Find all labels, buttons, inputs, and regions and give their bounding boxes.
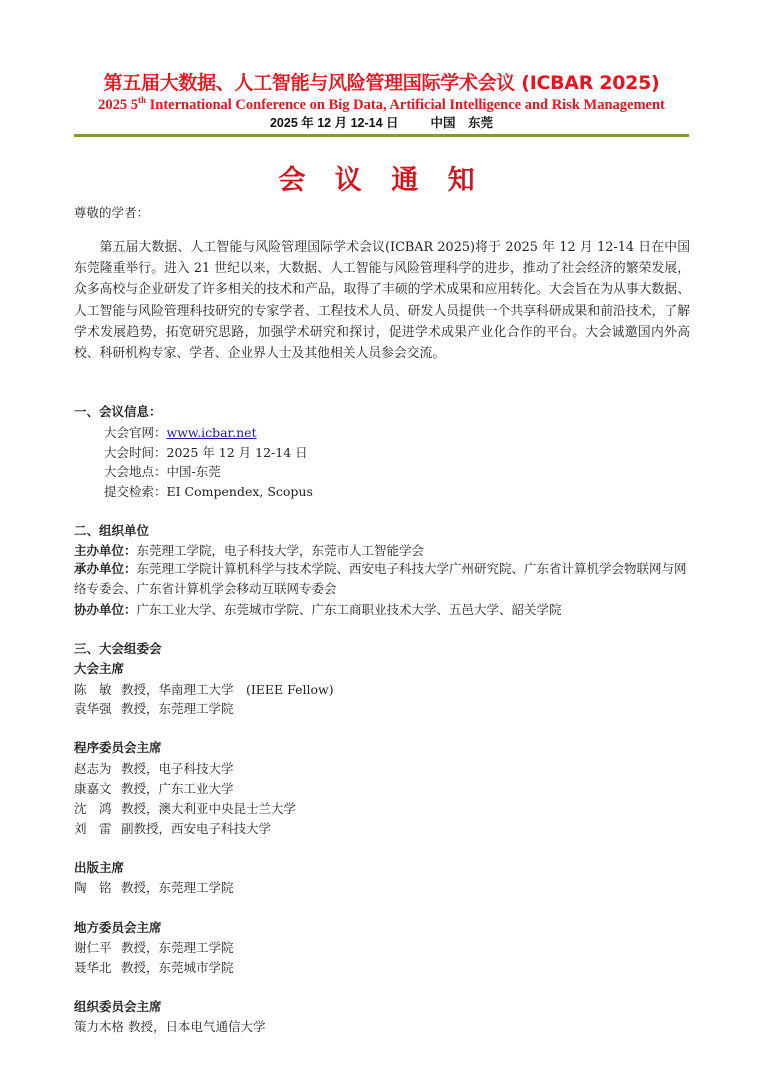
member-info: 教授，东莞理工学院 [121,940,234,955]
section-2-heading: 二、组织单位 [74,521,149,539]
member-info: 教授，东莞城市学院 [121,960,234,975]
title-en-rest: International Conference on Big Data, Ar… [146,97,665,113]
organizer-row: 承办单位：东莞理工学院计算机科学与技术学院、西安电子科技大学广州研究院、广东省计… [74,559,690,598]
member-name: 陶 铭 [74,878,117,896]
place-label: 大会地点： [104,464,167,479]
committee-member: 聂华北 教授，东莞城市学院 [74,958,234,976]
time-row: 大会时间：2025 年 12 月 12-14 日 [104,443,308,461]
member-info: 教授，广东工业大学 [121,781,234,796]
section-3-heading: 三、大会组委会 [74,639,162,657]
index-value: EI Compendex, Scopus [167,484,313,499]
member-name: 沈 鸿 [74,799,117,817]
conference-date: 2025 年 12 月 12-14 日 [270,116,399,130]
place-value: 中国-东莞 [167,464,221,479]
section-1-heading: 一、会议信息： [74,402,162,420]
committee-member: 赵志为 教授，电子科技大学 [74,759,234,777]
committee-title: 大会主席 [74,659,124,677]
place-row: 大会地点：中国-东莞 [104,462,221,480]
organizer-value: 东莞理工学院计算机科学与技术学院、西安电子科技大学广州研究院、广东省计算机学会物… [74,561,687,596]
committee-member: 谢仁平 教授，东莞理工学院 [74,938,234,956]
website-link[interactable]: www.icbar.net [167,425,257,440]
committee-title: 程序委员会主席 [74,738,162,756]
header-divider [74,134,689,137]
committee-member: 袁华强 教授，东莞理工学院 [74,699,234,717]
member-info: 教授，澳大利亚中央昆士兰大学 [121,801,296,816]
member-info: 教授，电子科技大学 [121,761,234,776]
salutation: 尊敬的学者： [74,203,149,221]
member-name: 刘 雷 [74,819,117,837]
member-info: 教授，东莞理工学院 [121,701,234,716]
organizer-label: 承办单位： [74,561,137,576]
conference-date-location: 2025 年 12 月 12-14 日中国 东莞 [0,113,763,131]
title-en-ordinal: th [138,95,146,105]
co-organizer-value: 广东工业大学、东莞城市学院、广东工商职业技术大学、五邑大学、韶关学院 [137,602,562,617]
member-name: 陈 敏 [74,680,117,698]
co-organizer-label: 协办单位： [74,602,137,617]
host-label: 主办单位： [74,543,137,558]
host-value: 东莞理工学院，电子科技大学，东莞市人工智能学会 [137,543,425,558]
document-title: 会 议 通 知 [0,158,763,197]
committee-member: 沈 鸿 教授，澳大利亚中央昆士兰大学 [74,799,296,817]
committee-member: 陶 铭 教授，东莞理工学院 [74,878,234,896]
conference-title-en: 2025 5th International Conference on Big… [0,95,763,114]
index-label: 提交检索： [104,484,167,499]
committee-title: 组织委员会主席 [74,997,162,1015]
member-info: 教授，华南理工大学 (IEEE Fellow) [121,682,334,697]
time-label: 大会时间： [104,445,167,460]
committee-title: 地方委员会主席 [74,918,162,936]
member-name: 袁华强 [74,699,117,717]
conference-location: 中国 东莞 [431,116,494,130]
co-organizer-row: 协办单位：广东工业大学、东莞城市学院、广东工商职业技术大学、五邑大学、韶关学院 [74,600,562,618]
member-name: 聂华北 [74,958,117,976]
conference-title-cn: 第五届大数据、人工智能与风险管理国际学术会议 (ICBAR 2025) [0,68,763,95]
time-value: 2025 年 12 月 12-14 日 [167,445,308,460]
title-en-prefix: 2025 5 [98,97,138,113]
index-row: 提交检索：EI Compendex, Scopus [104,482,313,500]
committee-member: 策力木格 教授，日本电气通信大学 [74,1017,266,1035]
member-name: 策力木格 [74,1019,124,1034]
committee-member: 陈 敏 教授，华南理工大学 (IEEE Fellow) [74,680,334,698]
member-info: 教授，东莞理工学院 [121,880,234,895]
member-name: 赵志为 [74,759,117,777]
member-info: 副教授，西安电子科技大学 [121,821,271,836]
member-name: 康嘉文 [74,779,117,797]
member-name: 谢仁平 [74,938,117,956]
website-row: 大会官网：www.icbar.net [104,423,257,441]
committee-member: 康嘉文 教授，广东工业大学 [74,779,234,797]
committee-member: 刘 雷 副教授，西安电子科技大学 [74,819,271,837]
intro-paragraph: 第五届大数据、人工智能与风险管理国际学术会议(ICBAR 2025)将于 202… [74,237,690,364]
member-info: 教授，日本电气通信大学 [128,1019,266,1034]
website-label: 大会官网： [104,425,167,440]
host-row: 主办单位：东莞理工学院，电子科技大学，东莞市人工智能学会 [74,541,424,559]
committee-title: 出版主席 [74,858,124,876]
